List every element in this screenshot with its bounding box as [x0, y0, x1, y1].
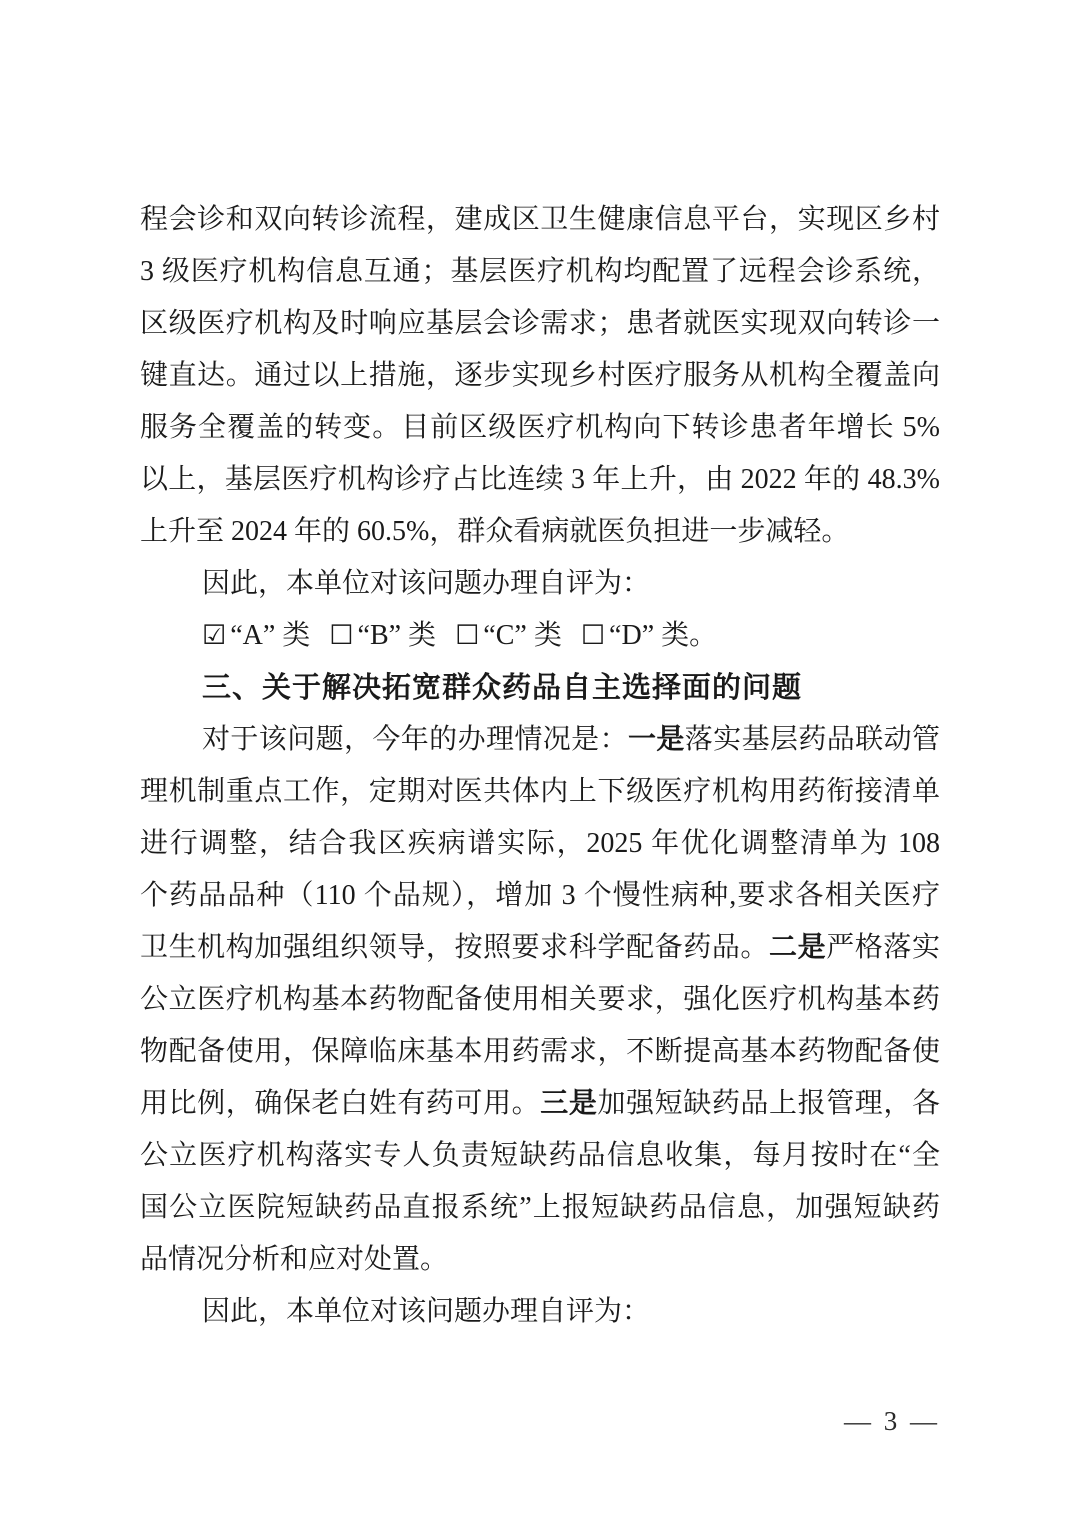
body-line: 以上，基层医疗机构诊疗占比连续 3 年上升，由 2022 年的 48.3%: [140, 454, 940, 506]
body-line: 个药品品种（110 个品规），增加 3 个慢性病种,要求各相关医疗: [140, 870, 940, 922]
body-text: 以上，基层医疗机构诊疗占比连续 3 年上升，由 2022 年的 48.3%: [140, 464, 940, 495]
grade-a-label: “A” 类: [230, 620, 310, 651]
grade-b-label: “B” 类: [358, 620, 437, 651]
section-heading-text: 三、关于解决拓宽群众药品自主选择面的问题: [202, 672, 802, 704]
body-line: 卫生机构加强组织领导，按照要求科学配备药品。二是严格落实: [140, 922, 940, 974]
document-page: 程会诊和双向转诊流程，建成区卫生健康信息平台，实现区乡村 3 级医疗机构信息互通…: [0, 0, 1074, 1520]
emphasis-first-point: 一是: [628, 724, 685, 755]
body-text-column: 程会诊和双向转诊流程，建成区卫生健康信息平台，实现区乡村 3 级医疗机构信息互通…: [140, 194, 940, 1338]
emphasis-second-point: 二是: [769, 932, 826, 963]
body-text: 键直达。通过以上措施，逐步实现乡村医疗服务从机构全覆盖向: [140, 360, 940, 391]
body-line: 进行调整，结合我区疾病谱实际，2025 年优化调整清单为 108: [140, 818, 940, 870]
body-line: 品情况分析和应对处置。: [140, 1234, 940, 1286]
body-text: 因此，本单位对该问题办理自评为：: [202, 568, 650, 599]
body-text: 公立医疗机构基本药物配备使用相关要求，强化医疗机构基本药: [140, 984, 940, 1015]
body-text: 国公立医院短缺药品直报系统”上报短缺药品信息，加强短缺药: [140, 1192, 940, 1223]
body-line: 程会诊和双向转诊流程，建成区卫生健康信息平台，实现区乡村: [140, 194, 940, 246]
self-evaluation-intro-line: 因此，本单位对该问题办理自评为：: [140, 1286, 940, 1338]
body-text: 对于该问题，今年的办理情况是：: [202, 724, 628, 755]
section-heading-3: 三、关于解决拓宽群众药品自主选择面的问题: [140, 662, 940, 714]
body-text: 区级医疗机构及时响应基层会诊需求；患者就医实现双向转诊一: [140, 308, 940, 339]
grade-d-label: “D” 类。: [609, 620, 717, 651]
body-text: 品情况分析和应对处置。: [140, 1244, 448, 1275]
body-line: 理机制重点工作，定期对医共体内上下级医疗机构用药衔接清单: [140, 766, 940, 818]
checkbox-checked-icon: ☑: [202, 620, 226, 651]
body-text: 加强短缺药品上报管理，各: [597, 1088, 940, 1119]
body-line: 物配备使用，保障临床基本用药需求，不断提高基本药物配备使: [140, 1026, 940, 1078]
body-text: 卫生机构加强组织领导，按照要求科学配备药品。: [140, 932, 769, 963]
body-line: 对于该问题，今年的办理情况是：一是落实基层药品联动管: [140, 714, 940, 766]
body-text: 个药品品种（110 个品规），增加 3 个慢性病种,要求各相关医疗: [140, 880, 940, 911]
body-line: 服务全覆盖的转变。目前区级医疗机构向下转诊患者年增长 5%: [140, 402, 940, 454]
body-line: 键直达。通过以上措施，逐步实现乡村医疗服务从机构全覆盖向: [140, 350, 940, 402]
body-line: 公立医疗机构基本药物配备使用相关要求，强化医疗机构基本药: [140, 974, 940, 1026]
grade-c-label: “C” 类: [483, 620, 562, 651]
checkbox-empty-icon: ☐: [455, 620, 479, 651]
body-line: 国公立医院短缺药品直报系统”上报短缺药品信息，加强短缺药: [140, 1182, 940, 1234]
body-text: 理机制重点工作，定期对医共体内上下级医疗机构用药衔接清单: [140, 776, 940, 807]
body-text: 因此，本单位对该问题办理自评为：: [202, 1296, 650, 1327]
checkbox-empty-icon: ☐: [581, 620, 605, 651]
body-text: 落实基层药品联动管: [685, 724, 940, 755]
body-text: 严格落实: [826, 932, 940, 963]
body-text: 上升至 2024 年的 60.5%，群众看病就医负担进一步减轻。: [140, 516, 849, 547]
body-text: 服务全覆盖的转变。目前区级医疗机构向下转诊患者年增长 5%: [140, 412, 940, 443]
body-line: 公立医疗机构落实专人负责短缺药品信息收集，每月按时在“全: [140, 1130, 940, 1182]
body-line: 区级医疗机构及时响应基层会诊需求；患者就医实现双向转诊一: [140, 298, 940, 350]
body-line: 上升至 2024 年的 60.5%，群众看病就医负担进一步减轻。: [140, 506, 940, 558]
body-text: 用比例，确保老白姓有药可用。: [140, 1088, 540, 1119]
body-line: 3 级医疗机构信息互通；基层医疗机构均配置了远程会诊系统，: [140, 246, 940, 298]
body-text: 进行调整，结合我区疾病谱实际，2025 年优化调整清单为 108: [140, 828, 940, 859]
body-text: 公立医疗机构落实专人负责短缺药品信息收集，每月按时在“全: [140, 1140, 940, 1171]
page-number: — 3 —: [844, 1406, 940, 1437]
body-line: 用比例，确保老白姓有药可用。三是加强短缺药品上报管理，各: [140, 1078, 940, 1130]
self-evaluation-intro-line: 因此，本单位对该问题办理自评为：: [140, 558, 940, 610]
emphasis-third-point: 三是: [540, 1088, 597, 1119]
body-text: 3 级医疗机构信息互通；基层医疗机构均配置了远程会诊系统，: [140, 256, 940, 287]
body-text: 程会诊和双向转诊流程，建成区卫生健康信息平台，实现区乡村: [140, 204, 940, 235]
body-text: 物配备使用，保障临床基本用药需求，不断提高基本药物配备使: [140, 1036, 940, 1067]
checkbox-empty-icon: ☐: [329, 620, 353, 651]
grade-checkbox-line: ☑“A” 类 ☐“B” 类 ☐“C” 类 ☐“D” 类。: [140, 610, 940, 662]
